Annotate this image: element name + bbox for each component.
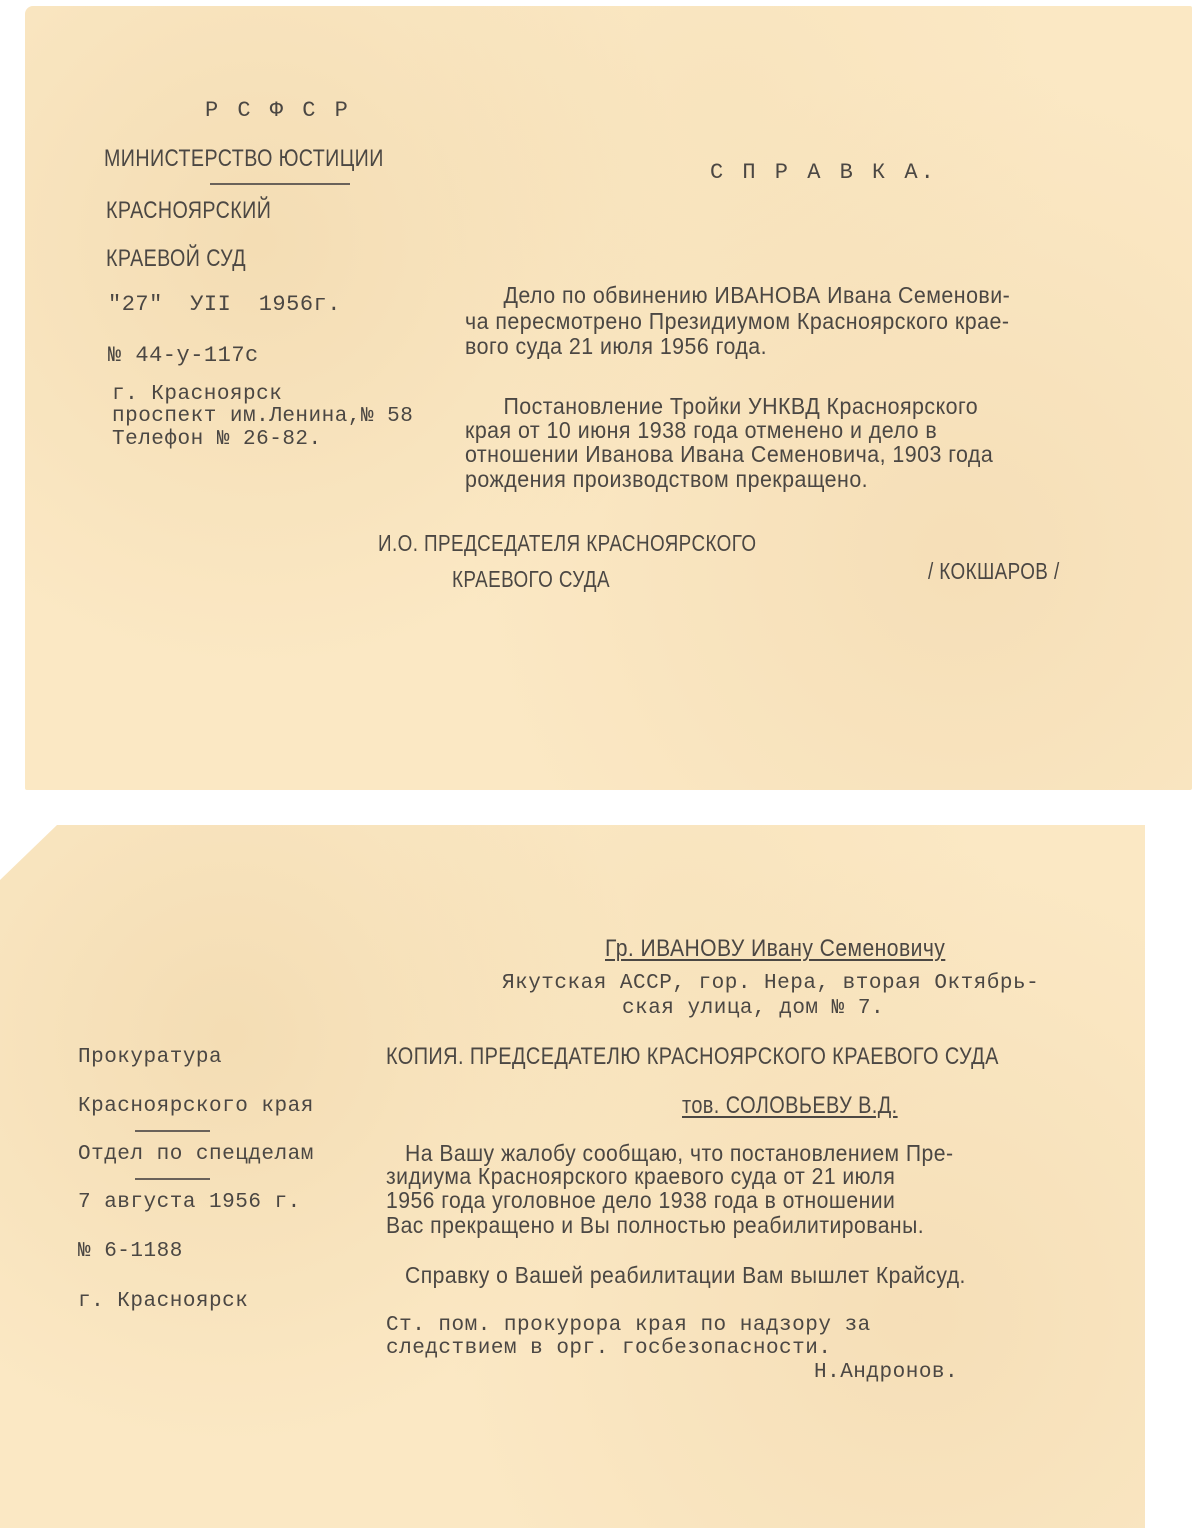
certificate-paragraph-2-line-3: отношении Иванова Ивана Семеновича, 1903… [465,441,993,468]
addressee-address-line2: ская улица, дом № 7. [622,997,884,1020]
signatory-title-line2: следствием в орг. госбезопасности. [386,1337,831,1360]
document-date: "27" УII 1956г. [108,292,341,317]
certificate-title: С П Р А В К А. [710,160,937,185]
addressee-address-line1: Якутская АССР, гор. Нера, вторая Октябрь… [502,972,1039,995]
document-number: № 44-у-117с [108,343,259,368]
ministry-header: МИНИСТЕРСТВО ЮСТИЦИИ [104,145,384,173]
certificate-paragraph-2-line-2: края от 10 июня 1938 года отменено и дел… [465,417,937,444]
letter-paragraph-1-line-4: Вас прекращено и Вы полностью реабилитир… [386,1212,924,1239]
letter-signatory-name: Н.Андронов. [814,1361,958,1384]
sender-date: 7 августа 1956 г. [78,1191,301,1214]
signatory-name: / КОКШАРОВ / [928,558,1060,585]
sender-divider-2 [135,1178,210,1180]
addressee-name: Гр. ИВАНОВУ Ивану Семеновичу [605,935,945,963]
sender-divider-1 [135,1130,210,1132]
court-address: проспект им.Ленина,№ 58 [112,405,413,428]
letter-paragraph-1-line-2: зидиума Красноярского краевого суда от 2… [386,1163,895,1190]
header-divider [210,183,350,185]
signatory-title-line1: Ст. пом. прокурора края по надзору за [386,1314,871,1337]
court-name-line2: КРАЕВОЙ СУД [106,245,246,273]
sender-department: Отдел по спецделам [78,1143,314,1166]
certificate-paragraph-1-line-1: Дело по обвинению ИВАНОВА Ивана Семенови… [465,283,1010,308]
certificate-paragraph-1-line-2: ча пересмотрено Президиумом Красноярског… [465,308,1009,335]
court-city: г. Красноярск [112,383,282,406]
sender-number: № 6-1188 [78,1240,183,1263]
certificate-paragraph-2-line-1: Постановление Тройки УНКВД Красноярского [465,393,978,420]
signatory-position-line2: КРАЕВОГО СУДА [452,566,610,593]
letter-paragraph-2: Справку о Вашей реабилитации Вам вышлет … [386,1262,966,1289]
certificate-paragraph-1-line-3: вого суда 21 июля 1956 года. [465,333,767,360]
republic-header: Р С Ф С Р [205,98,351,123]
copy-recipient-name: тов. СОЛОВЬЕВУ В.Д. [682,1092,898,1120]
letter-paragraph-1-line-3: 1956 года уголовное дело 1938 года в отн… [386,1187,895,1214]
sender-city: г. Красноярск [78,1290,248,1313]
court-name-line1: КРАСНОЯРСКИЙ [106,197,271,225]
sender-office-line2: Красноярского края [78,1095,314,1118]
signatory-position-line1: И.О. ПРЕДСЕДАТЕЛЯ КРАСНОЯРСКОГО [378,530,756,557]
sender-office-line1: Прокуратура [78,1046,222,1069]
court-phone: Телефон № 26-82. [112,428,322,451]
certificate-paragraph-2-line-4: рождения производством прекращено. [465,466,868,493]
copy-recipient-line: КОПИЯ. ПРЕДСЕДАТЕЛЮ КРАСНОЯРСКОГО КРАЕВО… [386,1043,999,1071]
